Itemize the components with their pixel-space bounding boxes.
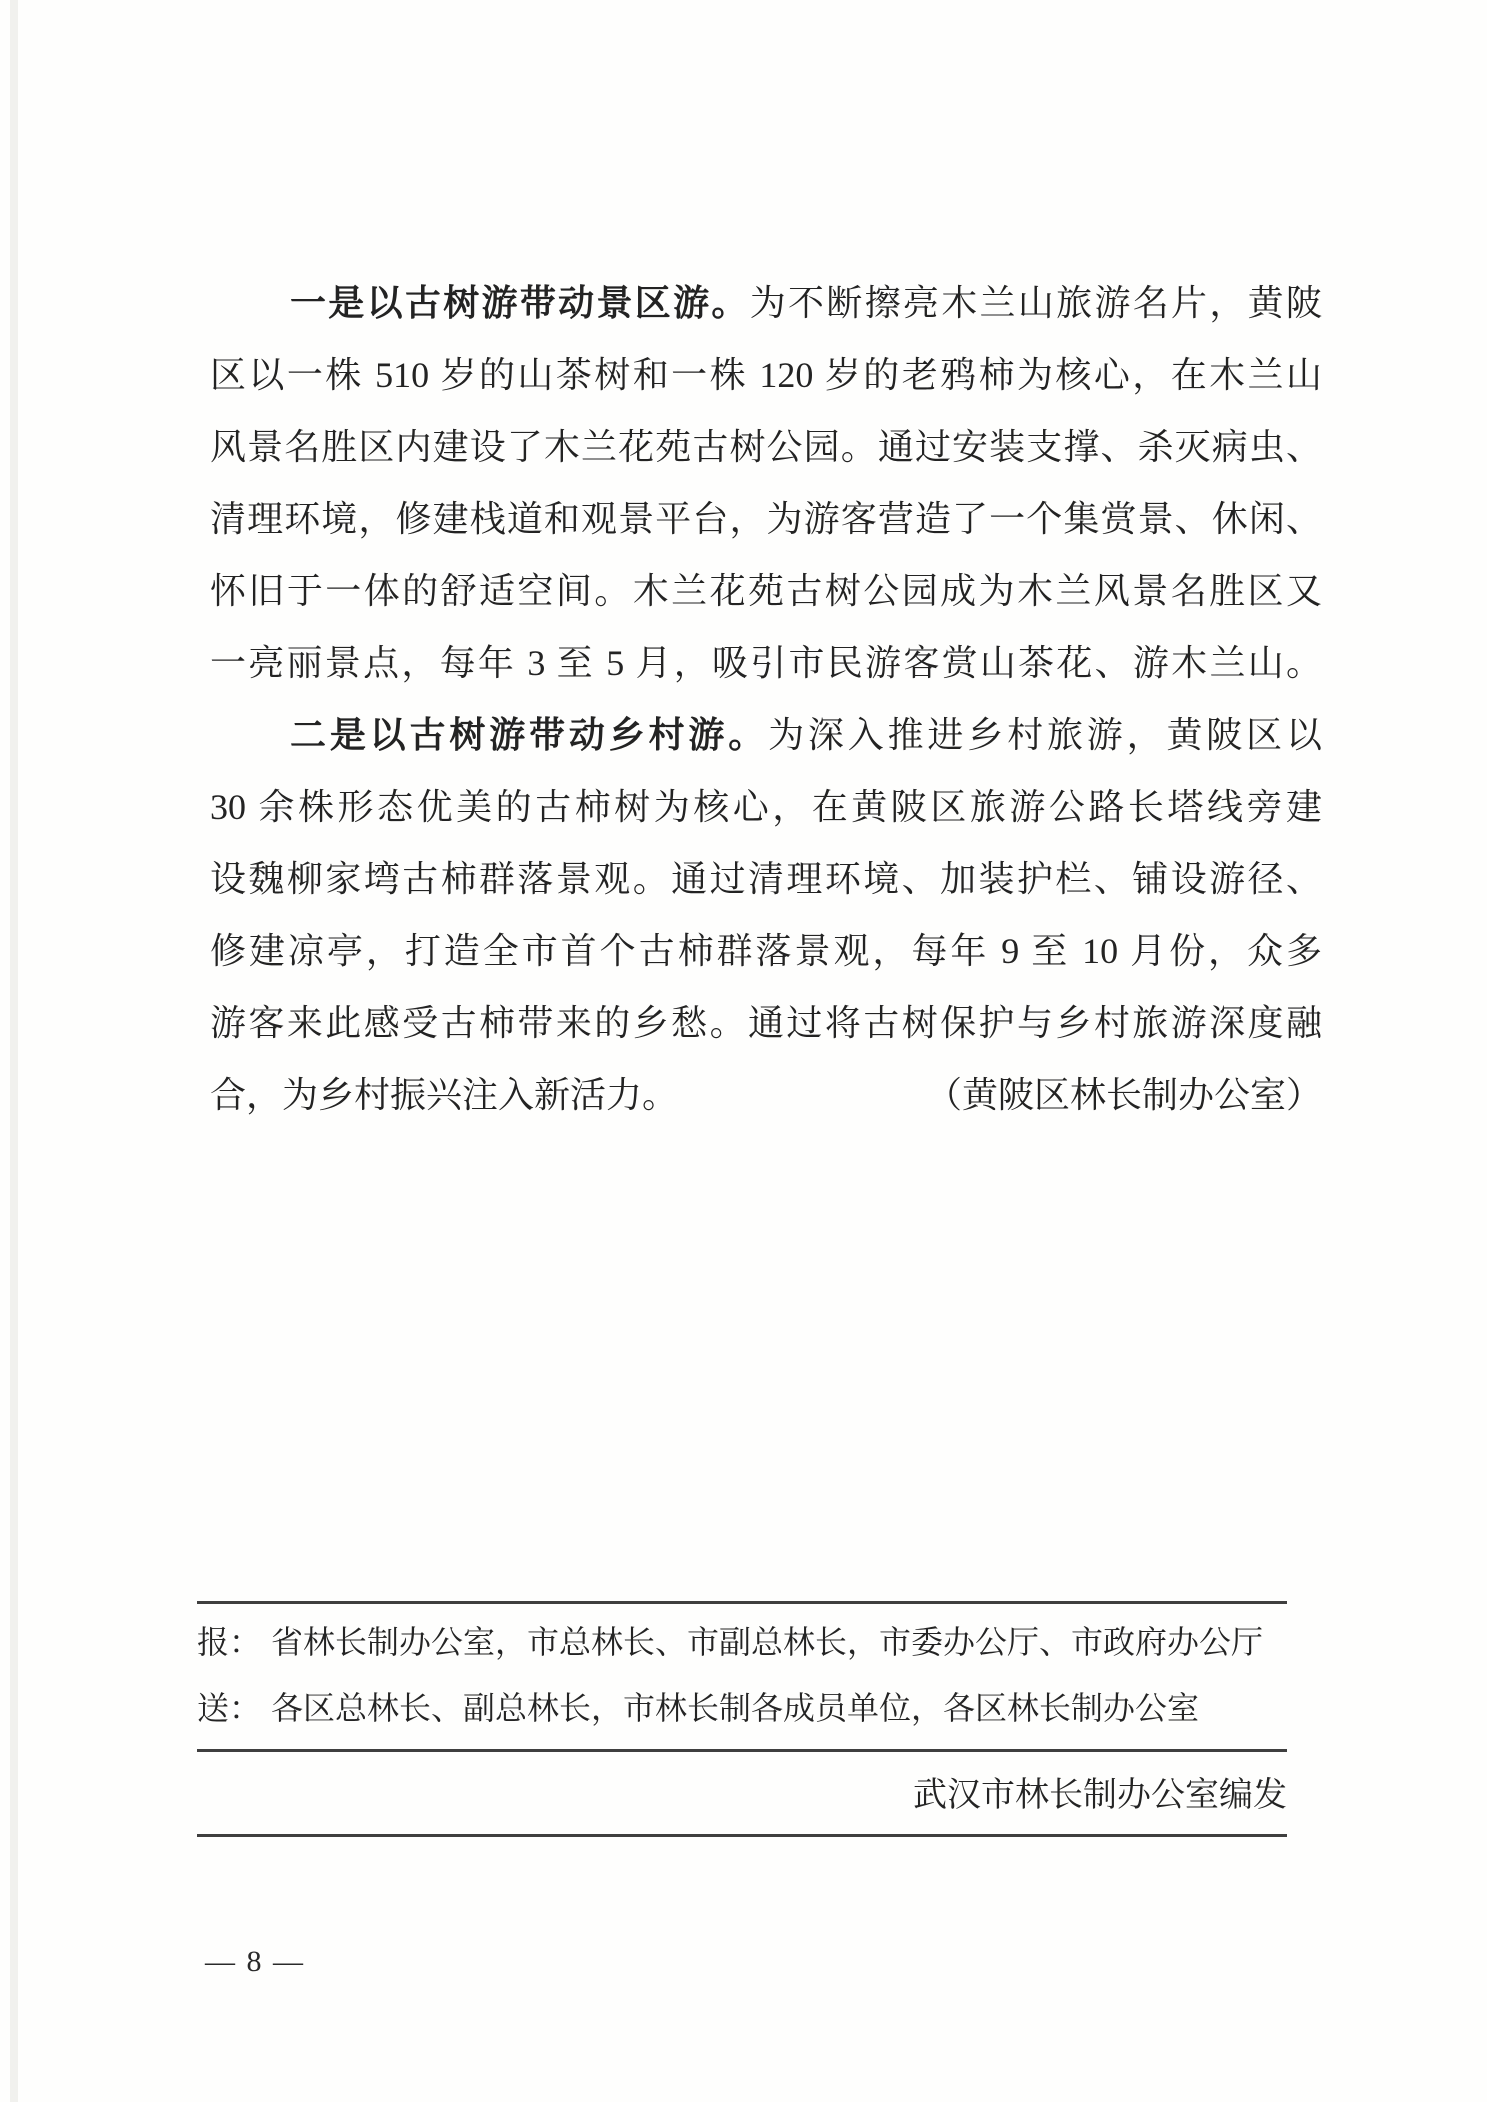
- paragraph-lead-bold: 一是以古树游带动景区游。: [290, 283, 750, 323]
- body-line-text: 怀旧于一体的舒适空间。木兰花苑古树公园成为木兰风景名胜区又: [210, 571, 1322, 611]
- body-line-text: 合，为乡村振兴注入新活力。: [210, 1059, 678, 1131]
- body-line-text: 为深入推进乡村旅游，黄陂区以: [768, 715, 1322, 755]
- distribution-text: 各区总林长、副总林长，市林长制各成员单位，各区林长制办公室: [271, 1690, 1199, 1726]
- body-line-text: 30 余株形态优美的古柿树为核心，在黄陂区旅游公路长塔线旁建: [210, 787, 1322, 827]
- body-line-text: 风景名胜区内建设了木兰花苑古树公园。通过安装支撑、杀灭病虫、: [210, 427, 1322, 467]
- distribution-row: 报：省林长制办公室，市总林长、市副总林长，市委办公厅、市政府办公厅: [197, 1609, 1287, 1675]
- scan-edge-artifact: [10, 0, 18, 2102]
- body-line: 30 余株形态优美的古柿树为核心，在黄陂区旅游公路长塔线旁建: [210, 771, 1322, 843]
- distribution-text: 省林长制办公室，市总林长、市副总林长，市委办公厅、市政府办公厅: [271, 1624, 1263, 1660]
- body-line: 游客来此感受古柿带来的乡愁。通过将古树保护与乡村旅游深度融: [210, 987, 1322, 1059]
- page-number: — 8 —: [190, 1944, 320, 1980]
- body-line-text: 游客来此感受古柿带来的乡愁。通过将古树保护与乡村旅游深度融: [210, 1003, 1322, 1043]
- body-line: 修建凉亭，打造全市首个古柿群落景观，每年 9 至 10 月份，众多: [210, 915, 1322, 987]
- body-line-text: 区以一株 510 岁的山茶树和一株 120 岁的老鸦柿为核心，在木兰山: [210, 355, 1322, 395]
- footer-divider-bottom: [197, 1834, 1287, 1837]
- body-line-text: 一亮丽景点，每年 3 至 5 月，吸引市民游客赏山茶花、游木兰山。: [210, 643, 1322, 683]
- issuer-line: 武汉市林长制办公室编发: [197, 1774, 1287, 1818]
- body-line-text: 为不断擦亮木兰山旅游名片，黄陂: [750, 283, 1322, 323]
- distribution-row: 送：各区总林长、副总林长，市林长制各成员单位，各区林长制办公室: [197, 1675, 1287, 1741]
- distribution-label: 报：: [197, 1624, 261, 1660]
- body-line: 清理环境，修建栈道和观景平台，为游客营造了一个集赏景、休闲、: [210, 483, 1322, 555]
- attribution-text: （黄陂区林长制办公室）: [926, 1059, 1322, 1131]
- body-line: 区以一株 510 岁的山茶树和一株 120 岁的老鸦柿为核心，在木兰山: [210, 339, 1322, 411]
- distribution-list: 报：省林长制办公室，市总林长、市副总林长，市委办公厅、市政府办公厅送：各区总林长…: [197, 1609, 1287, 1741]
- body-line-text: 清理环境，修建栈道和观景平台，为游客营造了一个集赏景、休闲、: [210, 499, 1322, 539]
- body-line-text: 设魏柳家塆古柿群落景观。通过清理环境、加装护栏、铺设游径、: [210, 859, 1322, 899]
- body-line: 设魏柳家塆古柿群落景观。通过清理环境、加装护栏、铺设游径、: [210, 843, 1322, 915]
- document-body: 一是以古树游带动景区游。为不断擦亮木兰山旅游名片，黄陂区以一株 510 岁的山茶…: [210, 267, 1322, 1131]
- body-line: 怀旧于一体的舒适空间。木兰花苑古树公园成为木兰风景名胜区又: [210, 555, 1322, 627]
- distribution-label: 送：: [197, 1690, 261, 1726]
- body-line: 一是以古树游带动景区游。为不断擦亮木兰山旅游名片，黄陂: [210, 267, 1322, 339]
- document-page: 一是以古树游带动景区游。为不断擦亮木兰山旅游名片，黄陂区以一株 510 岁的山茶…: [0, 0, 1487, 2102]
- body-line: 合，为乡村振兴注入新活力。（黄陂区林长制办公室）: [210, 1059, 1322, 1131]
- footer-divider-middle: [197, 1749, 1287, 1752]
- footer-divider-top: [197, 1601, 1287, 1604]
- paragraph-lead-bold: 二是以古树游带动乡村游。: [290, 715, 768, 755]
- body-line: 风景名胜区内建设了木兰花苑古树公园。通过安装支撑、杀灭病虫、: [210, 411, 1322, 483]
- body-line: 一亮丽景点，每年 3 至 5 月，吸引市民游客赏山茶花、游木兰山。: [210, 627, 1322, 699]
- body-line-text: 修建凉亭，打造全市首个古柿群落景观，每年 9 至 10 月份，众多: [210, 931, 1322, 971]
- body-line: 二是以古树游带动乡村游。为深入推进乡村旅游，黄陂区以: [210, 699, 1322, 771]
